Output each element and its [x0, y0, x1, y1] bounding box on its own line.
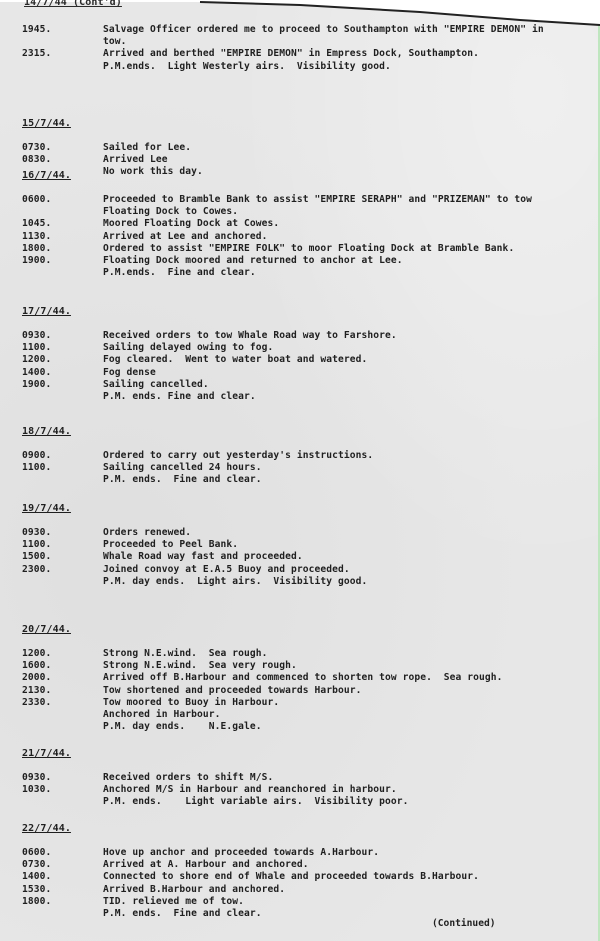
log-day-section: 22/7/44.0600.Hove up anchor and proceede…: [22, 823, 562, 920]
log-entry: P.M. ends. Fine and clear.: [22, 391, 562, 403]
log-date-heading: 20/7/44.: [22, 624, 562, 636]
log-entry: P.M. ends. Light variable airs. Visibili…: [22, 796, 562, 808]
log-entry-time: 0900.: [22, 450, 103, 462]
log-entry-time: 1800.: [22, 243, 103, 255]
log-entry-time: 0930.: [22, 330, 103, 342]
log-entry-time: 1900.: [22, 255, 103, 267]
log-entry-time: 1800.: [22, 896, 103, 908]
log-date-heading: 17/7/44.: [22, 306, 562, 318]
log-entry-text: Proceeded to Peel Bank.: [103, 539, 562, 551]
log-entry-text: P.M.ends. Light Westerly airs. Visibilit…: [103, 61, 562, 73]
log-entry-text: Received orders to tow Whale Road way to…: [103, 330, 562, 342]
log-entry-time: 1130.: [22, 231, 103, 243]
log-entry: 1600.Strong N.E.wind. Sea very rough.: [22, 660, 562, 672]
log-entry: P.M.ends. Light Westerly airs. Visibilit…: [22, 61, 562, 73]
log-entry: 2130.Tow shortened and proceeded towards…: [22, 685, 562, 697]
log-entry-text: P.M. ends. Light variable airs. Visibili…: [103, 796, 562, 808]
log-entry-text: P.M. ends. Fine and clear.: [103, 391, 562, 403]
log-entry-time: 0930.: [22, 772, 103, 784]
log-entry-time: 1045.: [22, 218, 103, 230]
log-entry: 1400.Fog dense: [22, 367, 562, 379]
log-entry: P.M. ends. Fine and clear.: [22, 474, 562, 486]
log-entry: 0730.Arrived at A. Harbour and anchored.: [22, 859, 562, 871]
log-entry-text: Strong N.E.wind. Sea rough.: [103, 648, 562, 660]
log-entry-time: [22, 576, 103, 588]
log-date-heading: 22/7/44.: [22, 823, 562, 835]
log-entry-time: 1100.: [22, 539, 103, 551]
log-entry-text: Orders renewed.: [103, 527, 562, 539]
log-entry: 1945.Salvage Officer ordered me to proce…: [22, 24, 562, 48]
log-entry: 1045.Moored Floating Dock at Cowes.: [22, 218, 562, 230]
log-entry: 1200.Strong N.E.wind. Sea rough.: [22, 648, 562, 660]
log-entry-time: 1400.: [22, 367, 103, 379]
log-entry-text: Fog dense: [103, 367, 562, 379]
log-day-section: 19/7/44.0930.Orders renewed.1100.Proceed…: [22, 503, 562, 588]
log-entry: 1100.Proceeded to Peel Bank.: [22, 539, 562, 551]
log-entry-time: 2000.: [22, 672, 103, 684]
log-entry-text: Sailed for Lee.: [103, 142, 562, 154]
log-entry: P.M. day ends. N.E.gale.: [22, 721, 562, 733]
log-entry: 0900.Ordered to carry out yesterday's in…: [22, 450, 562, 462]
log-entry: 0600.Proceeded to Bramble Bank to assist…: [22, 194, 562, 218]
log-entry-time: 2130.: [22, 685, 103, 697]
log-entry-time: 1500.: [22, 551, 103, 563]
log-entry-time: [22, 391, 103, 403]
log-date-heading: 18/7/44.: [22, 426, 562, 438]
log-day-section: 1945.Salvage Officer ordered me to proce…: [22, 24, 562, 73]
log-entry-text: Arrived at Lee and anchored.: [103, 231, 562, 243]
log-day-section: 17/7/44.0930.Received orders to tow Whal…: [22, 306, 562, 403]
log-entry-time: 1200.: [22, 648, 103, 660]
log-entry-text: Arrived at A. Harbour and anchored.: [103, 859, 562, 871]
continued-label: (Continued): [432, 918, 496, 929]
log-day-section: 16/7/44.0600.Proceeded to Bramble Bank t…: [22, 170, 562, 279]
log-entry-time: 0930.: [22, 527, 103, 539]
log-entry-text: Salvage Officer ordered me to proceed to…: [103, 24, 562, 48]
log-entry-text: Joined convoy at E.A.5 Buoy and proceede…: [103, 564, 562, 576]
log-entry-text: Arrived B.Harbour and anchored.: [103, 884, 562, 896]
log-entry-time: 1200.: [22, 354, 103, 366]
log-entry: Anchored in Harbour.: [22, 709, 562, 721]
log-entry-time: 0600.: [22, 194, 103, 218]
log-entry-text: Whale Road way fast and proceeded.: [103, 551, 562, 563]
log-entry: 1030.Anchored M/S in Harbour and reancho…: [22, 784, 562, 796]
log-entry: 2000.Arrived off B.Harbour and commenced…: [22, 672, 562, 684]
log-entry-text: Arrived and berthed "EMPIRE DEMON" in Em…: [103, 48, 562, 60]
log-entry-time: [22, 709, 103, 721]
log-entry: P.M.ends. Fine and clear.: [22, 267, 562, 279]
log-date-heading: 19/7/44.: [22, 503, 562, 515]
log-entry-text: P.M. day ends. N.E.gale.: [103, 721, 562, 733]
log-entry: 1800.TID. relieved me of tow.: [22, 896, 562, 908]
log-entry-text: Tow shortened and proceeded towards Harb…: [103, 685, 562, 697]
log-entry-text: TID. relieved me of tow.: [103, 896, 562, 908]
log-entry-time: 2315.: [22, 48, 103, 60]
log-entry-time: 1100.: [22, 342, 103, 354]
log-entry-text: Sailing cancelled.: [103, 379, 562, 391]
log-entry-time: 2330.: [22, 697, 103, 709]
log-entry-time: 0730.: [22, 859, 103, 871]
log-entry: 1800.Ordered to assist "EMPIRE FOLK" to …: [22, 243, 562, 255]
log-entry: 0930.Orders renewed.: [22, 527, 562, 539]
log-entry-time: [22, 61, 103, 73]
log-entry: 1500.Whale Road way fast and proceeded.: [22, 551, 562, 563]
log-entry-text: Moored Floating Dock at Cowes.: [103, 218, 562, 230]
log-entry-text: P.M.ends. Fine and clear.: [103, 267, 562, 279]
log-entry-text: Tow moored to Buoy in Harbour.: [103, 697, 562, 709]
log-entry: 2300.Joined convoy at E.A.5 Buoy and pro…: [22, 564, 562, 576]
log-entry-text: Anchored M/S in Harbour and reanchored i…: [103, 784, 562, 796]
log-entry: 0930.Received orders to tow Whale Road w…: [22, 330, 562, 342]
log-entry: 2315.Arrived and berthed "EMPIRE DEMON" …: [22, 48, 562, 60]
log-entry-text: Sailing cancelled 24 hours.: [103, 462, 562, 474]
log-entry-text: Floating Dock moored and returned to anc…: [103, 255, 562, 267]
log-entry-time: [22, 474, 103, 486]
log-entry-time: [22, 721, 103, 733]
log-entry: 0730.Sailed for Lee.: [22, 142, 562, 154]
log-entry-time: 0830.: [22, 154, 103, 166]
log-day-section: 18/7/44.0900.Ordered to carry out yester…: [22, 426, 562, 487]
log-entry-time: [22, 796, 103, 808]
log-entry: 1200.Fog cleared. Went to water boat and…: [22, 354, 562, 366]
log-day-section: 20/7/44.1200.Strong N.E.wind. Sea rough.…: [22, 624, 562, 733]
log-entry-time: 1900.: [22, 379, 103, 391]
log-date-heading: 15/7/44.: [22, 118, 562, 130]
log-entry-time: [22, 908, 103, 920]
log-entry: 0930.Received orders to shift M/S.: [22, 772, 562, 784]
log-entry-text: Ordered to carry out yesterday's instruc…: [103, 450, 562, 462]
log-entry: 0830.Arrived Lee: [22, 154, 562, 166]
log-entry-time: 1600.: [22, 660, 103, 672]
log-entry-text: Arrived Lee: [103, 154, 562, 166]
log-date-heading: 21/7/44.: [22, 748, 562, 760]
log-entry: P.M. day ends. Light airs. Visibility go…: [22, 576, 562, 588]
log-entry-text: Proceeded to Bramble Bank to assist "EMP…: [103, 194, 562, 218]
log-entry-text: Fog cleared. Went to water boat and wate…: [103, 354, 562, 366]
log-entry: 1900.Floating Dock moored and returned t…: [22, 255, 562, 267]
log-entry-time: 0600.: [22, 847, 103, 859]
log-day-section: 21/7/44.0930.Received orders to shift M/…: [22, 748, 562, 809]
log-entry: 1130.Arrived at Lee and anchored.: [22, 231, 562, 243]
log-entry-text: Connected to shore end of Whale and proc…: [103, 871, 562, 883]
log-entry: 0600.Hove up anchor and proceeded toward…: [22, 847, 562, 859]
log-entry-time: 1100.: [22, 462, 103, 474]
log-entry: 1100.Sailing cancelled 24 hours.: [22, 462, 562, 474]
log-entry: 1900.Sailing cancelled.: [22, 379, 562, 391]
log-entry-time: [22, 267, 103, 279]
log-entry: 2330.Tow moored to Buoy in Harbour.: [22, 697, 562, 709]
log-entry: 1400.Connected to shore end of Whale and…: [22, 871, 562, 883]
log-entry-text: Ordered to assist "EMPIRE FOLK" to moor …: [103, 243, 562, 255]
log-entry-time: 1030.: [22, 784, 103, 796]
log-entry-text: Received orders to shift M/S.: [103, 772, 562, 784]
log-entry-time: 0730.: [22, 142, 103, 154]
log-entry-text: Strong N.E.wind. Sea very rough.: [103, 660, 562, 672]
log-entry-text: P.M. ends. Fine and clear.: [103, 474, 562, 486]
log-entry-time: 1400.: [22, 871, 103, 883]
log-entry-time: 1945.: [22, 24, 103, 48]
log-entry-text: Hove up anchor and proceeded towards A.H…: [103, 847, 562, 859]
log-entry-text: Arrived off B.Harbour and commenced to s…: [103, 672, 562, 684]
log-date-heading: 16/7/44.: [22, 170, 562, 182]
continued-date-header: 14/7/44 (Cont'd): [24, 0, 122, 8]
log-entry-time: 2300.: [22, 564, 103, 576]
log-entry-time: 1530.: [22, 884, 103, 896]
log-entry: 1530.Arrived B.Harbour and anchored.: [22, 884, 562, 896]
log-entry-text: Sailing delayed owing to fog.: [103, 342, 562, 354]
log-entry: 1100.Sailing delayed owing to fog.: [22, 342, 562, 354]
log-entry-text: Anchored in Harbour.: [103, 709, 562, 721]
log-entry-text: P.M. day ends. Light airs. Visibility go…: [103, 576, 562, 588]
